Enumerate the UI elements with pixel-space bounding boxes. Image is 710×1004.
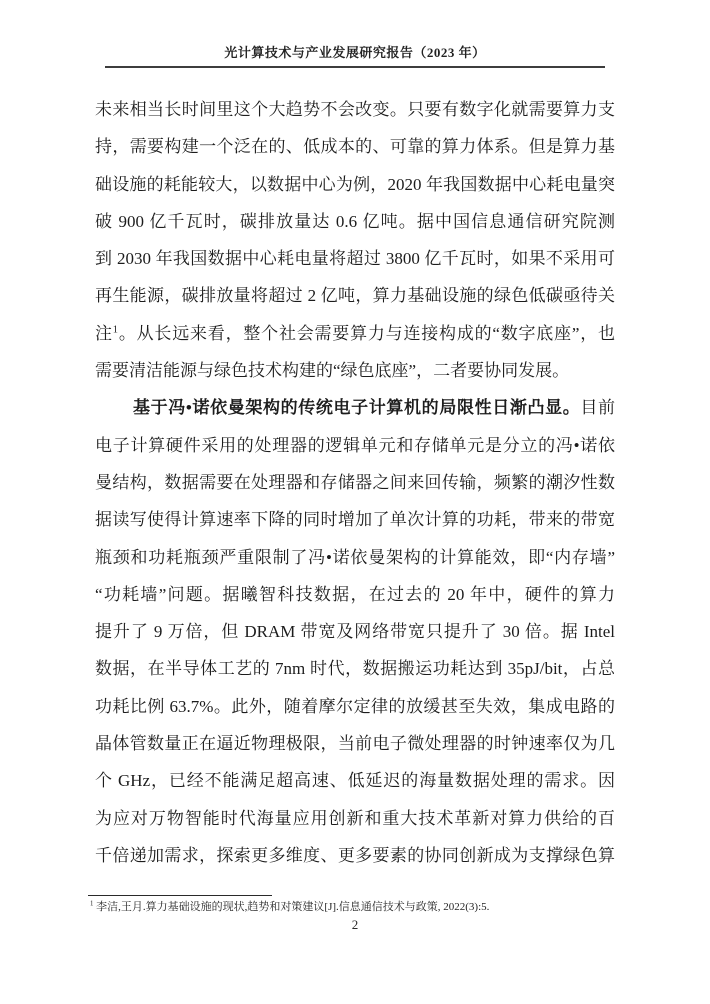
footnote: 1 李洁,王月.算力基础设施的现状,趋势和对策建议[J].信息通信技术与政策, … bbox=[90, 900, 620, 915]
text-line: 破 900 亿千瓦时，碳排放量达 0.6 亿吨。据中国信息通信研究院测算， bbox=[95, 203, 615, 240]
text-line: 曼结构，数据需要在处理器和存储器之间来回传输，频繁的潮汐性数 bbox=[95, 464, 615, 501]
text-line: 注1。从长远来看，整个社会需要算力与连接构成的“数字底座”，也 bbox=[95, 315, 615, 352]
text-segment: 持，需要构建一个泛在的、低成本的、可靠的算力体系。但是算力基 bbox=[95, 137, 615, 156]
text-segment: 数据，在半导体工艺的 7nm 时代，数据搬运功耗达到 35pJ/bit，占总 bbox=[95, 659, 615, 678]
text-segment: 到 2030 年我国数据中心耗电量将超过 3800 亿千瓦时，如果不采用可 bbox=[95, 249, 615, 268]
body-text: 未来相当长时间里这个大趋势不会改变。只要有数字化就需要算力支持，需要构建一个泛在… bbox=[95, 91, 615, 874]
text-segment: 为应对万物智能时代海量应用创新和重大技术革新对算力供给的百 bbox=[95, 809, 615, 828]
text-segment: 曼结构，数据需要在处理器和存储器之间来回传输，频繁的潮汐性数 bbox=[95, 473, 615, 492]
text-line: 基于冯•诺依曼架构的传统电子计算机的局限性日渐凸显。目前 bbox=[95, 389, 615, 426]
text-segment: 瓶颈和功耗瓶颈严重限制了冯•诺依曼架构的计算能效，即“内存墙” bbox=[95, 548, 615, 567]
text-segment: 电子计算硬件采用的处理器的逻辑单元和存储单元是分立的冯•诺依 bbox=[95, 436, 615, 455]
text-segment: 未来相当长时间里这个大趋势不会改变。只要有数字化就需要算力支 bbox=[95, 100, 615, 119]
text-segment: 晶体管数量正在逼近物理极限，当前电子微处理器的时钟速率仅为几 bbox=[95, 734, 615, 753]
page-header: 光计算技术与产业发展研究报告（2023 年） bbox=[105, 42, 605, 68]
text-line: “功耗墙”问题。据曦智科技数据，在过去的 20 年中，硬件的算力 bbox=[95, 576, 615, 613]
text-line: 电子计算硬件采用的处理器的逻辑单元和存储单元是分立的冯•诺依 bbox=[95, 427, 615, 464]
text-segment: 提升了 9 万倍，但 DRAM 带宽及网络带宽只提升了 30 倍。据 Intel bbox=[95, 622, 615, 641]
text-segment: 需要清洁能源与绿色技术构建的“绿色底座”，二者要协同发展。 bbox=[95, 361, 569, 380]
text-line: 千倍递加需求，探索更多维度、更多要素的协同创新成为支撑绿色算 bbox=[95, 837, 615, 874]
text-segment: 目前 bbox=[580, 398, 615, 417]
text-segment: “功耗墙”问题。据曦智科技数据，在过去的 20 年中，硬件的算力 bbox=[95, 585, 615, 604]
text-line: 需要清洁能源与绿色技术构建的“绿色底座”，二者要协同发展。 bbox=[95, 352, 615, 389]
text-line: 晶体管数量正在逼近物理极限，当前电子微处理器的时钟速率仅为几 bbox=[95, 725, 615, 762]
text-segment: 个 GHz，已经不能满足超高速、低延迟的海量数据处理的需求。因此， bbox=[95, 771, 615, 799]
text-line: 瓶颈和功耗瓶颈严重限制了冯•诺依曼架构的计算能效，即“内存墙” bbox=[95, 539, 615, 576]
text-line: 据读写使得计算速率下降的同时增加了单次计算的功耗，带来的带宽 bbox=[95, 501, 615, 538]
text-segment: 再生能源，碳排放量将超过 2 亿吨，算力基础设施的绿色低碳亟待关 bbox=[95, 286, 615, 305]
text-line: 数据，在半导体工艺的 7nm 时代，数据搬运功耗达到 35pJ/bit，占总 bbox=[95, 650, 615, 687]
text-segment: 千倍递加需求，探索更多维度、更多要素的协同创新成为支撑绿色算 bbox=[95, 846, 615, 865]
text-line: 为应对万物智能时代海量应用创新和重大技术革新对算力供给的百 bbox=[95, 800, 615, 837]
text-line: 个 GHz，已经不能满足超高速、低延迟的海量数据处理的需求。因此， bbox=[95, 762, 615, 799]
text-segment: 破 900 亿千瓦时，碳排放量达 0.6 亿吨。据中国信息通信研究院测算， bbox=[95, 212, 615, 240]
text-segment: 注 bbox=[95, 324, 113, 343]
document-page: 光计算技术与产业发展研究报告（2023 年） 未来相当长时间里这个大趋势不会改变… bbox=[0, 0, 710, 1004]
text-segment: 。从长远来看，整个社会需要算力与连接构成的“数字底座”，也 bbox=[118, 324, 615, 343]
text-line: 到 2030 年我国数据中心耗电量将超过 3800 亿千瓦时，如果不采用可 bbox=[95, 240, 615, 277]
text-segment: 功耗比例 63.7%。此外，随着摩尔定律的放缓甚至失效，集成电路的 bbox=[95, 697, 615, 716]
text-line: 再生能源，碳排放量将超过 2 亿吨，算力基础设施的绿色低碳亟待关 bbox=[95, 277, 615, 314]
header-title: 光计算技术与产业发展研究报告（2023 年） bbox=[105, 42, 605, 61]
footnote-text: 李洁,王月.算力基础设施的现状,趋势和对策建议[J].信息通信技术与政策, 20… bbox=[93, 901, 489, 913]
text-line: 持，需要构建一个泛在的、低成本的、可靠的算力体系。但是算力基 bbox=[95, 128, 615, 165]
text-segment: 据读写使得计算速率下降的同时增加了单次计算的功耗，带来的带宽 bbox=[95, 510, 615, 529]
bold-text-segment: 基于冯•诺依曼架构的传统电子计算机的局限性日渐凸显。 bbox=[133, 398, 580, 417]
footnote-separator bbox=[88, 895, 272, 896]
text-line: 础设施的耗能较大，以数据中心为例，2020 年我国数据中心耗电量突 bbox=[95, 166, 615, 203]
text-segment: 础设施的耗能较大，以数据中心为例，2020 年我国数据中心耗电量突 bbox=[95, 175, 615, 194]
text-line: 功耗比例 63.7%。此外，随着摩尔定律的放缓甚至失效，集成电路的 bbox=[95, 688, 615, 725]
text-line: 提升了 9 万倍，但 DRAM 带宽及网络带宽只提升了 30 倍。据 Intel bbox=[95, 613, 615, 650]
text-line: 未来相当长时间里这个大趋势不会改变。只要有数字化就需要算力支 bbox=[95, 91, 615, 128]
page-number: 2 bbox=[0, 917, 710, 933]
